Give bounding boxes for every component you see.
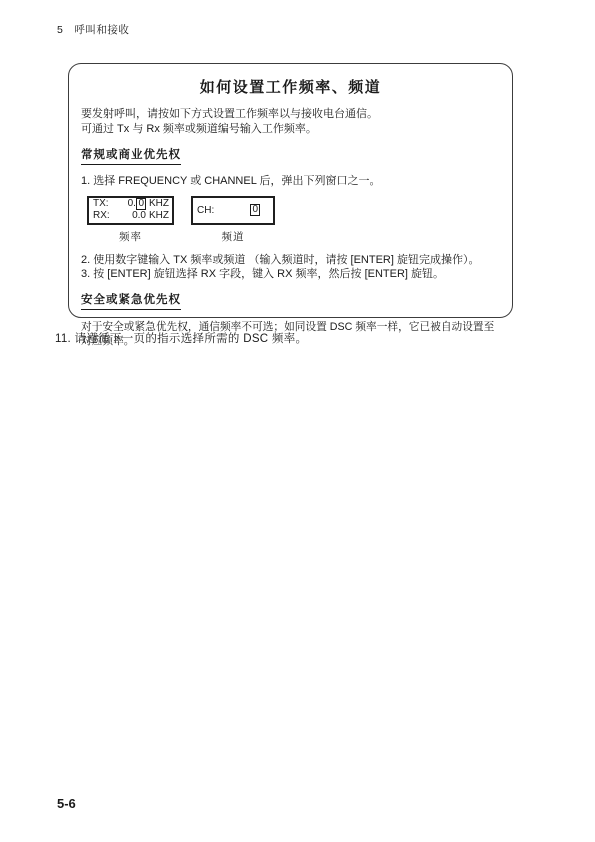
- tx-cursor-digit: 0: [136, 198, 146, 210]
- tx-unit: KHZ: [149, 198, 169, 209]
- instruction-panel: 如何设置工作频率、频道 要发射呼叫，请按如下方式设置工作频率以与接收电台通信。 …: [68, 63, 513, 318]
- rx-value-number: 0.0: [132, 210, 146, 221]
- intro-paragraph: 要发射呼叫，请按如下方式设置工作频率以与接收电台通信。 可通过 Tx 与 Rx …: [81, 107, 498, 137]
- section-heading-safety-priority: 安全或紧急优先权: [81, 291, 181, 310]
- popup-windows-row: TX: 0.0KHZ RX: 0.0KHZ 频率 CH: 0 频道: [87, 196, 512, 244]
- frequency-window-caption: 频率: [119, 229, 142, 244]
- tx-value: 0.0KHZ: [128, 198, 169, 210]
- intro-line-2: 可通过 Tx 与 Rx 频率或频道编号输入工作频率。: [81, 122, 498, 137]
- rx-value: 0.0KHZ: [132, 210, 169, 222]
- page-number: 5-6: [57, 796, 76, 811]
- channel-window: CH: 0: [191, 196, 275, 225]
- intro-line-1: 要发射呼叫，请按如下方式设置工作频率以与接收电台通信。: [81, 107, 498, 122]
- chapter-number: 5: [57, 24, 63, 36]
- channel-window-caption: 频道: [222, 229, 245, 244]
- channel-cursor-digit: 0: [250, 204, 260, 216]
- channel-value: 0: [250, 204, 260, 216]
- rx-unit: KHZ: [149, 210, 169, 221]
- tx-line: TX: 0.0KHZ: [93, 198, 169, 210]
- frequency-window: TX: 0.0KHZ RX: 0.0KHZ: [87, 196, 174, 225]
- tx-label: TX:: [93, 198, 109, 210]
- frequency-window-group: TX: 0.0KHZ RX: 0.0KHZ 频率: [87, 196, 174, 244]
- panel-title: 如何设置工作频率、频道: [79, 76, 502, 97]
- rx-line: RX: 0.0KHZ: [93, 210, 169, 222]
- chapter-header: 5呼叫和接收: [57, 22, 129, 37]
- step-3: 3. 按 [ENTER] 旋钮选择 RX 字段，键入 RX 频率，然后按 [EN…: [81, 268, 498, 282]
- channel-window-group: CH: 0 频道: [191, 196, 275, 244]
- section-heading-normal-priority: 常规或商业优先权: [81, 146, 181, 165]
- chapter-title: 呼叫和接收: [74, 24, 129, 36]
- channel-label: CH:: [197, 205, 214, 216]
- rx-label: RX:: [93, 210, 110, 222]
- tx-value-prefix: 0.: [128, 198, 136, 209]
- step-1: 1. 选择 FREQUENCY 或 CHANNEL 后，弹出下列窗口之一。: [81, 175, 498, 189]
- step-11-instruction: 11. 请遵循下一页的指示选择所需的 DSC 频率。: [55, 330, 307, 346]
- step-2: 2. 使用数字键输入 TX 频率或频道 （输入频道时，请按 [ENTER] 旋钮…: [81, 254, 498, 268]
